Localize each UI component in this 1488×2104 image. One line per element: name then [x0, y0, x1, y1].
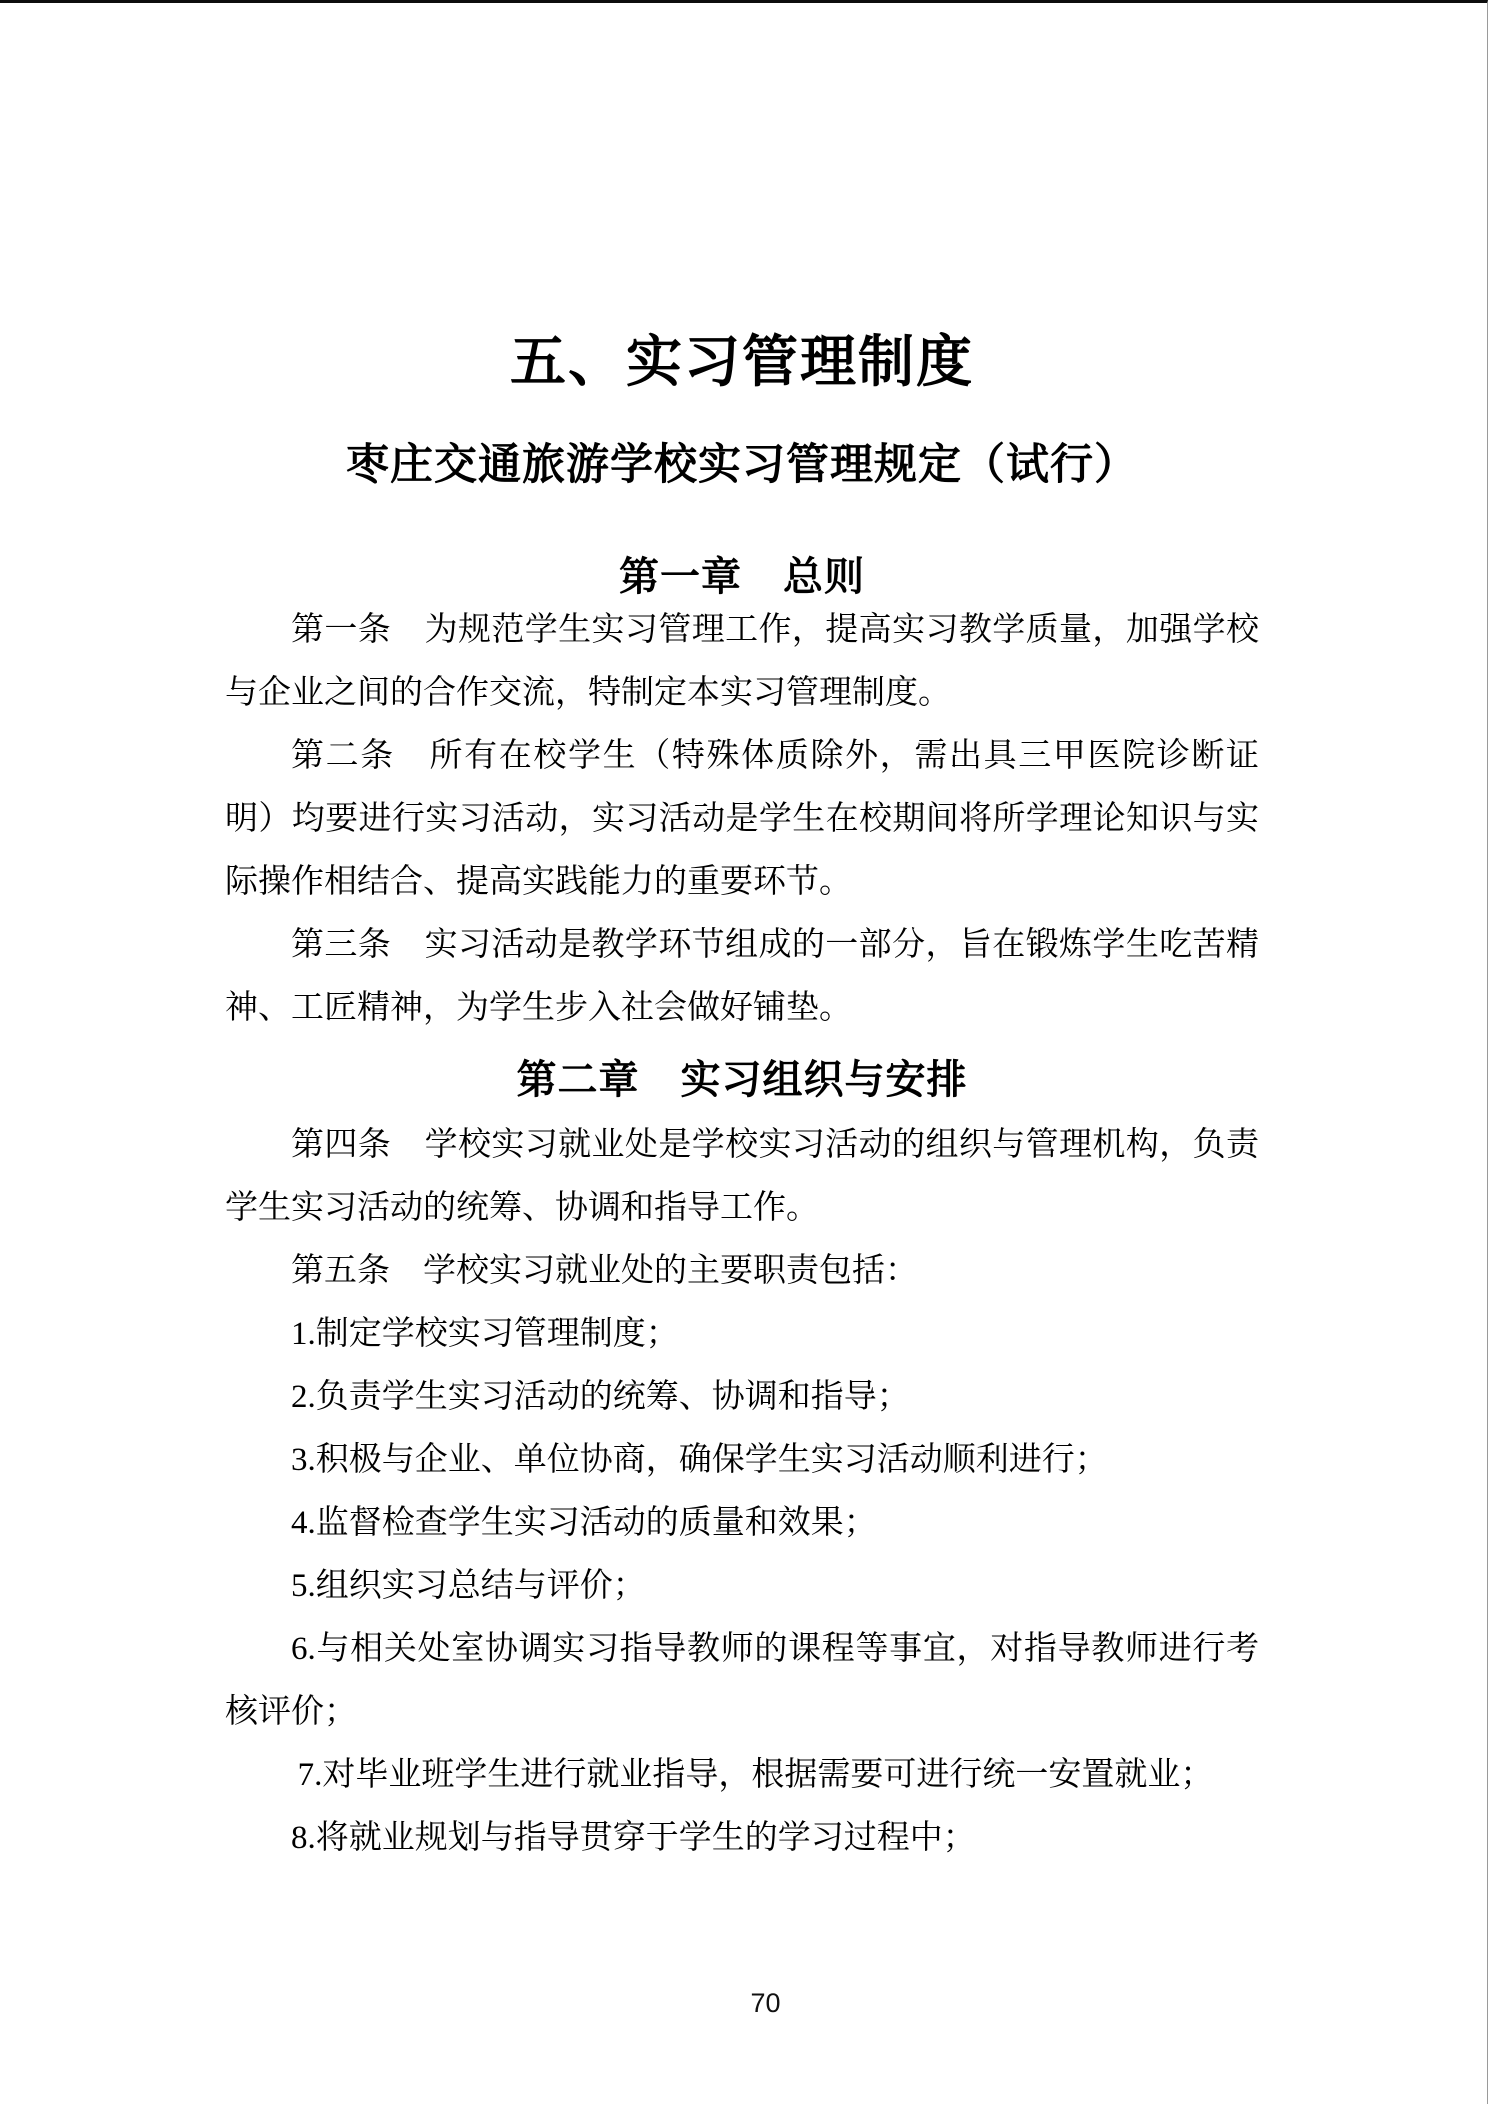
duty-item-6: 6.与相关处室协调实习指导教师的课程等事宜，对指导教师进行考核评价；	[225, 1618, 1259, 1744]
duty-item-1: 1.制定学校实习管理制度；	[225, 1303, 1259, 1366]
duty-item-3: 3.积极与企业、单位协商，确保学生实习活动顺利进行；	[225, 1429, 1259, 1492]
article-1-paragraph: 第一条 为规范学生实习管理工作，提高实习教学质量，加强学校与企业之间的合作交流，…	[225, 599, 1259, 725]
page-number: 70	[44, 1988, 1487, 2018]
duty-item-8: 8.将就业规划与指导贯穿于学生的学习过程中；	[225, 1807, 1259, 1870]
duty-item-7: 7.对毕业班学生进行就业指导，根据需要可进行统一安置就业；	[225, 1744, 1259, 1807]
document-title: 五、实习管理制度	[225, 333, 1259, 393]
document-content: 五、实习管理制度 枣庄交通旅游学校实习管理规定（试行） 第一章 总则 第一条 为…	[0, 333, 1487, 1870]
document-subtitle: 枣庄交通旅游学校实习管理规定（试行）	[225, 441, 1259, 491]
article-5-paragraph: 第五条 学校实习就业处的主要职责包括：	[225, 1240, 1259, 1303]
chapter-2-body: 第四条 学校实习就业处是学校实习活动的组织与管理机构，负责学生实习活动的统筹、协…	[225, 1114, 1259, 1870]
chapter-1-body: 第一条 为规范学生实习管理工作，提高实习教学质量，加强学校与企业之间的合作交流，…	[225, 599, 1259, 1040]
chapter-2-heading: 第二章 实习组织与安排	[225, 1056, 1259, 1104]
duty-item-4: 4.监督检查学生实习活动的质量和效果；	[225, 1492, 1259, 1555]
article-2-paragraph: 第二条 所有在校学生（特殊体质除外，需出具三甲医院诊断证明）均要进行实习活动，实…	[225, 725, 1259, 914]
section-chapter-2: 第二章 实习组织与安排 第四条 学校实习就业处是学校实习活动的组织与管理机构，负…	[225, 1056, 1259, 1870]
article-3-paragraph: 第三条 实习活动是教学环节组成的一部分，旨在锻炼学生吃苦精神、工匠精神，为学生步…	[225, 914, 1259, 1040]
document-page: 五、实习管理制度 枣庄交通旅游学校实习管理规定（试行） 第一章 总则 第一条 为…	[0, 0, 1488, 2104]
article-4-paragraph: 第四条 学校实习就业处是学校实习活动的组织与管理机构，负责学生实习活动的统筹、协…	[225, 1114, 1259, 1240]
chapter-1-heading: 第一章 总则	[225, 553, 1259, 601]
section-chapter-1: 第一章 总则 第一条 为规范学生实习管理工作，提高实习教学质量，加强学校与企业之…	[225, 553, 1259, 1040]
duty-item-2: 2.负责学生实习活动的统筹、协调和指导；	[225, 1366, 1259, 1429]
duty-item-5: 5.组织实习总结与评价；	[225, 1555, 1259, 1618]
